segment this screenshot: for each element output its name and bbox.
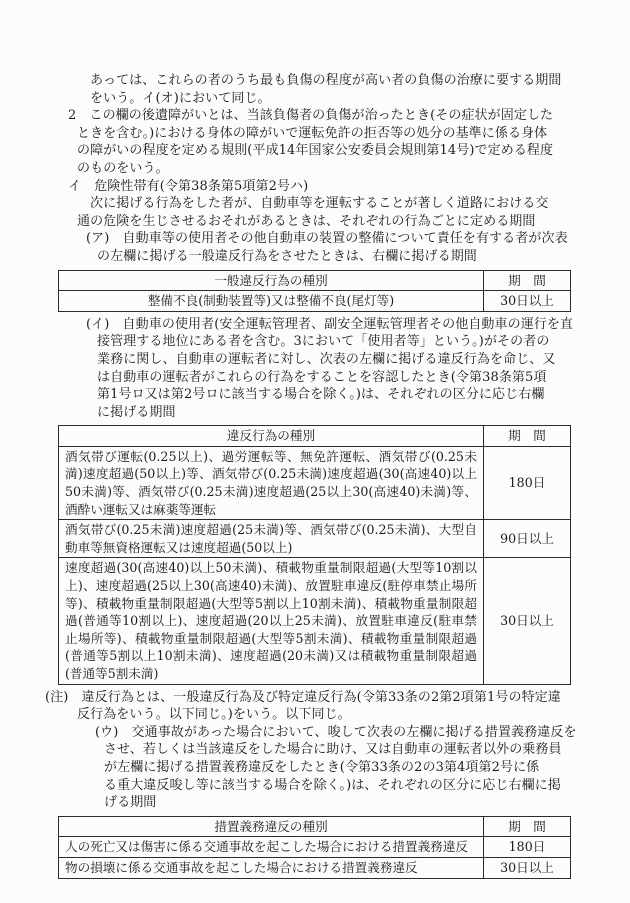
violation-kind-cell: 整備不良(制動装置等)又は整備不良(尾灯等) bbox=[59, 291, 484, 312]
period-cell: 30日以上 bbox=[484, 857, 571, 878]
text-line: をいう。イ(オ)において同じ。 bbox=[0, 90, 630, 108]
general-violation-table: 一般違反行為の種別 期 間 整備不良(制動装置等)又は整備不良(尾灯等) 30日… bbox=[58, 270, 571, 312]
table-row: 酒気帯び(0.25未満)速度超過(25未満)等、酒気帯び(0.25未満)、大型自… bbox=[59, 520, 571, 558]
text-line: 業務に関し、自動車の運転者に対し、次表の左欄に掲げる違反行為を命じ、又 bbox=[0, 351, 630, 369]
text-line: の障がいの程度を定める規則(平成14年国家公安委員会規則第14号)で定める程度 bbox=[0, 142, 630, 160]
period-cell: 90日以上 bbox=[484, 520, 571, 558]
period-cell: 180日 bbox=[484, 446, 571, 519]
text-line: 接管理する地位にある者を含む。3において「使用者等」という。)がその者の bbox=[0, 333, 630, 351]
document-page: あっては、これらの者のうち最も負傷の程度が高い者の負傷の治療に要する期間 をいう… bbox=[0, 0, 630, 903]
column-header-period: 期 間 bbox=[484, 816, 571, 837]
duty-violation-table: 措置義務違反の種別 期 間 人の死亡又は傷害に係る交通事故を起こした場合における… bbox=[58, 816, 571, 879]
text-line: る重大違反唆し等に該当する場合を除く。)は、それぞれの区分に応じ右欄に掲 bbox=[0, 777, 630, 795]
text-line-item-a: (ア) 自動車等の使用者その他自動車の装置の整備について責任を有する者が次表 bbox=[0, 230, 630, 248]
violation-act-table: 違反行為の種別 期 間 酒気帯び運転(0.25以上)、過労運転等、無免許運転、酒… bbox=[58, 425, 571, 684]
column-header-violation-kind: 一般違反行為の種別 bbox=[59, 270, 484, 291]
text-line: 第1号ロ又は第2号ロに該当する場合を除く。)は、それぞれの区分に応じ右欄 bbox=[0, 386, 630, 404]
text-line: あっては、これらの者のうち最も負傷の程度が高い者の負傷の治療に要する期間 bbox=[0, 72, 630, 90]
text-line: のものをいう。 bbox=[0, 160, 630, 178]
violation-kind-cell: 酒気帯び(0.25未満)速度超過(25未満)等、酒気帯び(0.25未満)、大型自… bbox=[59, 520, 484, 558]
text-line-item-i: イ 危険性帯有(令第38条第5項第2号ハ) bbox=[0, 178, 630, 196]
period-cell: 180日 bbox=[484, 837, 571, 858]
table-row: 速度超過(30(高速40)以上50未満)、積載物重量制限超過(大型等10割以上)… bbox=[59, 558, 571, 684]
text-line: させ、若しくは当該違反をした場合に助け、又は自動車の運転者以外の乗務員 bbox=[0, 741, 630, 759]
text-line-item-c: (ウ) 交通事故があった場合において、唆して次表の左欄に掲げる措置義務違反を bbox=[0, 724, 630, 742]
period-cell: 30日以上 bbox=[484, 558, 571, 684]
violation-kind-cell: 人の死亡又は傷害に係る交通事故を起こした場合における措置義務違反 bbox=[59, 837, 484, 858]
text-line-note: (注) 違反行為とは、一般違反行為及び特定違反行為(令第33条の2第2項第1号の… bbox=[0, 689, 630, 707]
table-header-row: 違反行為の種別 期 間 bbox=[59, 426, 571, 447]
column-header-period: 期 間 bbox=[484, 270, 571, 291]
column-header-period: 期 間 bbox=[484, 426, 571, 447]
violation-kind-cell: 物の損壊に係る交通事故を起こした場合における措置義務違反 bbox=[59, 857, 484, 878]
text-line: ときを含む。)における身体の障がいで運転免許の拒否等の処分の基準に係る身体 bbox=[0, 125, 630, 143]
violation-kind-cell: 速度超過(30(高速40)以上50未満)、積載物重量制限超過(大型等10割以上)… bbox=[59, 558, 484, 684]
text-line: が左欄に掲げる措置義務違反をしたとき(令第33条の2の3第4項第2号に係 bbox=[0, 759, 630, 777]
text-line: に掲げる期間 bbox=[0, 404, 630, 422]
column-header-violation-kind: 違反行為の種別 bbox=[59, 426, 484, 447]
text-line: 反行為をいう。以下同じ。)をいう。以下同じ。 bbox=[0, 706, 630, 724]
table-header-row: 措置義務違反の種別 期 間 bbox=[59, 816, 571, 837]
text-line-item-b: (イ) 自動車の使用者(安全運転管理者、副安全運転管理者その他自動車の運行を直 bbox=[0, 316, 630, 334]
table-row: 人の死亡又は傷害に係る交通事故を起こした場合における措置義務違反 180日 bbox=[59, 837, 571, 858]
text-line: の左欄に掲げる一般違反行為をさせたときは、右欄に掲げる期間 bbox=[0, 248, 630, 266]
table-row: 酒気帯び運転(0.25以上)、過労運転等、無免許運転、酒気帯び(0.25未満)速… bbox=[59, 446, 571, 519]
text-line: 通の危険を生じさせるおそれがあるときは、それぞれの行為ごとに定める期間 bbox=[0, 213, 630, 231]
table-header-row: 一般違反行為の種別 期 間 bbox=[59, 270, 571, 291]
text-line-item-2: 2 この欄の後遺障がいとは、当該負傷者の負傷が治ったとき(その症状が固定した bbox=[0, 107, 630, 125]
table-row: 物の損壊に係る交通事故を起こした場合における措置義務違反 30日以上 bbox=[59, 857, 571, 878]
table-row: 整備不良(制動装置等)又は整備不良(尾灯等) 30日以上 bbox=[59, 291, 571, 312]
violation-kind-cell: 酒気帯び運転(0.25以上)、過労運転等、無免許運転、酒気帯び(0.25未満)速… bbox=[59, 446, 484, 519]
text-line: げる期間 bbox=[0, 794, 630, 812]
column-header-violation-kind: 措置義務違反の種別 bbox=[59, 816, 484, 837]
period-cell: 30日以上 bbox=[484, 291, 571, 312]
text-line: 次に掲げる行為をした者が、自動車等を運転することが著しく道路における交 bbox=[0, 195, 630, 213]
text-line: は自動車の運転者がこれらの行為をすることを容認したとき(令第38条第5項 bbox=[0, 369, 630, 387]
